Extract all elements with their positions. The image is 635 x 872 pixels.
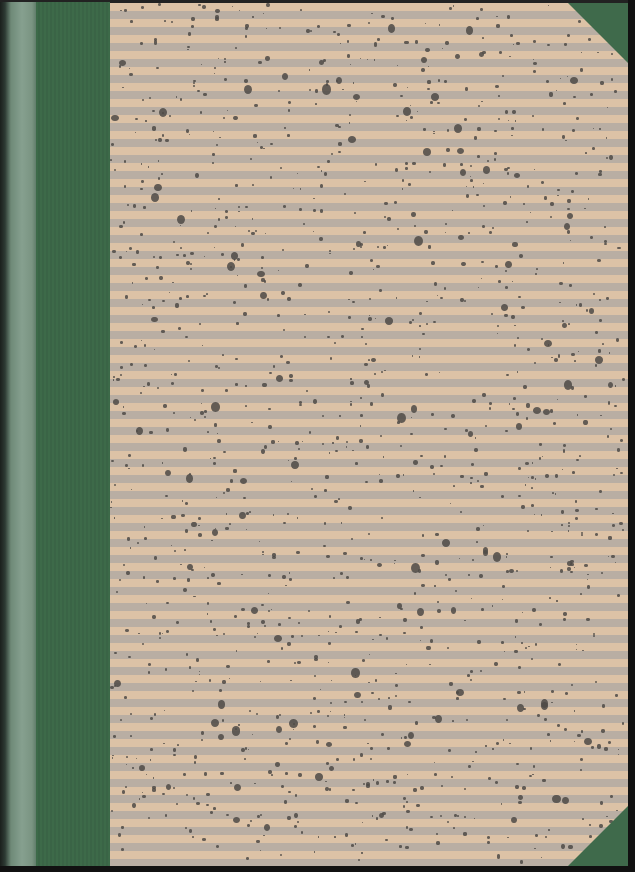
speck <box>373 779 375 780</box>
speck <box>517 371 519 373</box>
speck <box>113 376 115 378</box>
speck <box>476 541 478 543</box>
speck <box>506 374 508 376</box>
speck <box>194 755 197 759</box>
speck <box>397 65 398 66</box>
speck <box>216 497 217 498</box>
speck <box>241 608 245 611</box>
speck <box>360 414 363 417</box>
speck <box>126 251 127 252</box>
speck <box>466 194 470 198</box>
speck <box>510 196 512 198</box>
speck <box>419 325 421 327</box>
speck <box>111 460 114 462</box>
speck <box>368 682 370 684</box>
speck <box>584 564 588 567</box>
speck <box>617 594 620 597</box>
speck <box>241 574 242 575</box>
speck <box>403 797 406 800</box>
speck <box>505 110 509 114</box>
speck <box>597 259 601 262</box>
speck <box>162 112 164 114</box>
speck <box>119 256 122 259</box>
speck <box>502 599 503 600</box>
speck <box>291 635 294 637</box>
speck <box>599 170 603 173</box>
speck <box>616 810 618 811</box>
speck <box>294 813 298 817</box>
speck <box>481 608 483 611</box>
speck <box>584 208 586 210</box>
speck <box>409 828 413 831</box>
speck <box>604 747 608 750</box>
speck <box>128 656 131 659</box>
speck <box>440 465 443 467</box>
speck <box>129 68 130 69</box>
speck <box>403 107 411 116</box>
speck <box>152 126 156 130</box>
speck <box>159 276 163 280</box>
speck <box>489 407 491 410</box>
speck <box>308 610 310 612</box>
speck <box>369 315 370 316</box>
speck <box>329 766 334 771</box>
speck <box>460 475 463 479</box>
speck <box>120 341 123 344</box>
speck <box>349 122 351 124</box>
speck <box>498 118 500 121</box>
speck <box>298 283 302 287</box>
speck <box>285 772 288 775</box>
speck <box>454 814 457 818</box>
speck <box>574 710 575 711</box>
speck <box>613 474 615 476</box>
speck <box>480 670 482 672</box>
speck <box>503 739 504 740</box>
speck <box>363 231 366 234</box>
speck <box>422 534 425 536</box>
speck <box>501 495 505 498</box>
speck <box>370 559 372 561</box>
speck <box>472 399 476 403</box>
speck <box>534 169 535 170</box>
speck <box>616 468 618 470</box>
speck <box>525 462 529 465</box>
speck <box>375 318 376 319</box>
speck <box>289 379 292 382</box>
speck <box>316 740 319 744</box>
speck <box>298 622 300 624</box>
speck <box>297 173 298 174</box>
speck <box>111 143 114 146</box>
speck <box>488 777 491 780</box>
speck <box>139 765 145 771</box>
speck <box>320 184 323 188</box>
speck <box>149 431 152 435</box>
speck <box>315 103 317 105</box>
speck <box>259 541 260 542</box>
speck <box>213 457 216 460</box>
speck <box>210 620 212 622</box>
speck <box>598 173 601 177</box>
speck <box>285 585 286 586</box>
speck <box>182 500 184 502</box>
speck <box>162 462 163 463</box>
speck <box>496 742 500 746</box>
speck <box>346 576 349 579</box>
speck <box>521 642 522 644</box>
speck <box>218 58 219 59</box>
speck <box>248 230 250 232</box>
speck <box>217 439 221 443</box>
speck <box>445 41 449 45</box>
speck <box>622 722 625 725</box>
speck <box>492 605 494 607</box>
speck <box>370 758 372 760</box>
speck <box>204 772 208 776</box>
speck <box>372 639 374 641</box>
speck <box>263 835 265 837</box>
speck <box>534 514 535 515</box>
speck <box>325 781 326 782</box>
speck <box>567 213 573 219</box>
speck <box>268 408 270 410</box>
speck <box>546 80 549 83</box>
speck <box>409 321 412 324</box>
speck <box>444 428 446 430</box>
speck <box>173 748 176 751</box>
speck <box>173 412 175 414</box>
speck <box>422 333 425 336</box>
speck <box>154 40 158 44</box>
speck <box>218 734 224 741</box>
speck <box>239 512 246 520</box>
speck <box>514 650 517 653</box>
speck <box>497 854 500 858</box>
speck <box>201 64 202 65</box>
speck <box>348 299 349 300</box>
speck <box>377 38 380 40</box>
speck <box>432 716 436 719</box>
speck <box>119 225 122 228</box>
speck <box>368 359 371 361</box>
speck <box>563 444 567 448</box>
speck <box>401 737 402 739</box>
speck <box>120 366 123 369</box>
speck <box>525 647 528 649</box>
speck <box>282 249 284 251</box>
speck <box>276 375 283 382</box>
speck <box>444 80 447 83</box>
speck <box>379 617 380 618</box>
speck <box>468 431 474 437</box>
speck <box>143 206 145 208</box>
speck <box>615 385 617 387</box>
speck <box>533 407 542 414</box>
speck <box>517 704 524 712</box>
speck <box>142 795 146 798</box>
speck <box>438 79 440 81</box>
speck <box>224 61 225 62</box>
speck <box>124 185 127 187</box>
speck <box>258 61 262 64</box>
speck <box>478 287 479 288</box>
speck <box>512 110 516 114</box>
speck <box>227 110 228 111</box>
speck <box>164 20 166 22</box>
speck <box>111 501 113 503</box>
speck <box>518 296 521 299</box>
speck <box>142 464 145 467</box>
speck <box>602 704 605 708</box>
speck <box>445 232 447 234</box>
speck <box>226 488 230 491</box>
speck <box>360 425 362 427</box>
speck <box>223 451 226 453</box>
speck <box>420 455 423 457</box>
speck <box>278 270 279 271</box>
speck <box>595 331 598 334</box>
speck <box>252 218 254 220</box>
speck <box>173 577 176 580</box>
speck <box>564 223 570 230</box>
speck <box>477 155 481 158</box>
speck <box>318 635 320 637</box>
speck <box>590 236 593 239</box>
speck <box>368 317 372 321</box>
speck <box>568 522 570 524</box>
speck <box>437 609 441 613</box>
speck <box>273 365 275 367</box>
speck <box>464 816 466 819</box>
speck <box>297 661 301 664</box>
speck <box>226 513 228 515</box>
speck <box>347 40 349 42</box>
speck <box>225 389 228 392</box>
speck <box>505 286 508 289</box>
speck <box>180 225 181 226</box>
speck <box>191 522 196 528</box>
speck <box>589 308 594 313</box>
speck <box>419 356 421 358</box>
speck <box>453 485 455 487</box>
speck <box>180 98 183 101</box>
speck <box>289 578 293 581</box>
speck <box>283 205 286 208</box>
speck <box>522 612 523 613</box>
speck <box>535 643 537 646</box>
speck <box>213 628 216 632</box>
speck <box>367 59 369 61</box>
speck <box>578 351 579 353</box>
speck <box>201 403 203 405</box>
speck <box>140 42 143 45</box>
speck <box>453 5 454 7</box>
speck <box>527 530 529 532</box>
speck <box>608 556 610 557</box>
speck <box>377 563 382 567</box>
speck <box>219 137 220 138</box>
speck <box>470 679 472 681</box>
speck <box>244 79 248 83</box>
speck <box>562 469 563 470</box>
speck <box>571 190 574 193</box>
speck <box>165 495 168 497</box>
speck <box>279 714 281 716</box>
speck <box>226 814 229 816</box>
speck <box>563 262 565 264</box>
speck <box>313 209 316 213</box>
speck <box>135 132 136 133</box>
speck <box>289 572 290 573</box>
speck <box>608 536 611 539</box>
speck <box>217 582 220 585</box>
speck <box>213 131 215 132</box>
speck <box>151 317 157 322</box>
speck <box>288 109 290 111</box>
speck <box>580 758 583 761</box>
speck <box>215 365 218 368</box>
speck <box>130 20 133 23</box>
speck <box>183 447 187 451</box>
speck <box>326 555 330 558</box>
speck <box>247 824 250 827</box>
speck <box>246 529 247 530</box>
speck <box>511 127 513 130</box>
speck <box>483 205 485 207</box>
speck <box>459 558 460 559</box>
speck <box>215 208 217 210</box>
speck <box>572 129 575 132</box>
speck <box>508 120 509 121</box>
speck <box>550 567 551 569</box>
speck <box>333 31 335 33</box>
speck <box>600 801 603 804</box>
speck <box>606 137 607 138</box>
speck <box>278 623 281 626</box>
speck <box>507 167 510 169</box>
speck <box>549 92 552 96</box>
speck <box>425 23 426 24</box>
speck <box>161 330 164 333</box>
speck <box>212 153 214 156</box>
speck <box>253 134 257 137</box>
speck <box>226 665 230 668</box>
speck <box>330 357 332 359</box>
speck <box>607 435 610 438</box>
speck <box>611 78 614 81</box>
speck <box>188 360 190 362</box>
speck <box>204 416 206 418</box>
speck <box>125 629 129 632</box>
speck <box>211 573 215 577</box>
speck <box>291 461 299 469</box>
speck <box>382 812 386 815</box>
speck <box>429 171 431 173</box>
speck <box>361 328 363 331</box>
speck <box>212 162 214 164</box>
speck <box>260 814 262 816</box>
speck <box>113 735 116 738</box>
speck <box>396 297 397 299</box>
speck <box>577 414 578 415</box>
speck <box>296 551 300 555</box>
speck <box>456 697 459 700</box>
speck <box>402 179 405 181</box>
speck <box>194 419 197 421</box>
speck <box>494 130 497 133</box>
speck <box>114 484 116 486</box>
speck <box>468 765 471 768</box>
speck <box>535 478 537 480</box>
speck <box>360 397 362 399</box>
speck <box>404 741 411 747</box>
speck <box>491 313 494 315</box>
speck <box>517 337 519 339</box>
speck <box>207 577 209 579</box>
speck <box>395 168 398 172</box>
speck <box>120 374 122 376</box>
speck <box>327 336 329 338</box>
speck <box>507 172 509 174</box>
speck <box>262 551 264 553</box>
speck <box>171 545 172 546</box>
speck <box>597 744 601 748</box>
speck <box>328 631 329 632</box>
speck <box>567 567 571 571</box>
speck <box>555 493 556 495</box>
speck <box>518 801 522 804</box>
speck <box>243 497 246 499</box>
speck <box>326 762 329 765</box>
speck <box>384 202 388 205</box>
speck <box>326 742 332 747</box>
speck <box>610 428 612 430</box>
speck <box>138 633 139 634</box>
speck <box>467 674 471 677</box>
speck <box>153 777 155 779</box>
speck <box>331 153 333 155</box>
speck <box>609 352 611 354</box>
speck <box>570 240 571 241</box>
speck <box>501 803 502 804</box>
speck <box>118 833 121 837</box>
speck <box>257 142 259 144</box>
speck <box>379 289 382 292</box>
speck <box>229 523 231 525</box>
speck <box>183 588 187 592</box>
speck <box>173 241 175 243</box>
speck <box>482 393 485 397</box>
speck <box>364 719 366 721</box>
speck <box>614 405 617 408</box>
speck <box>260 850 261 851</box>
speck <box>183 773 186 776</box>
speck <box>272 556 275 559</box>
speck <box>339 415 341 416</box>
speck <box>412 162 415 165</box>
speck <box>236 322 239 324</box>
speck <box>434 282 438 286</box>
speck <box>568 845 573 849</box>
speck <box>433 321 436 323</box>
speck <box>225 216 228 220</box>
speck <box>570 571 572 573</box>
speck <box>340 572 343 575</box>
speck <box>388 697 389 699</box>
speck <box>361 852 362 853</box>
speck <box>515 619 518 622</box>
